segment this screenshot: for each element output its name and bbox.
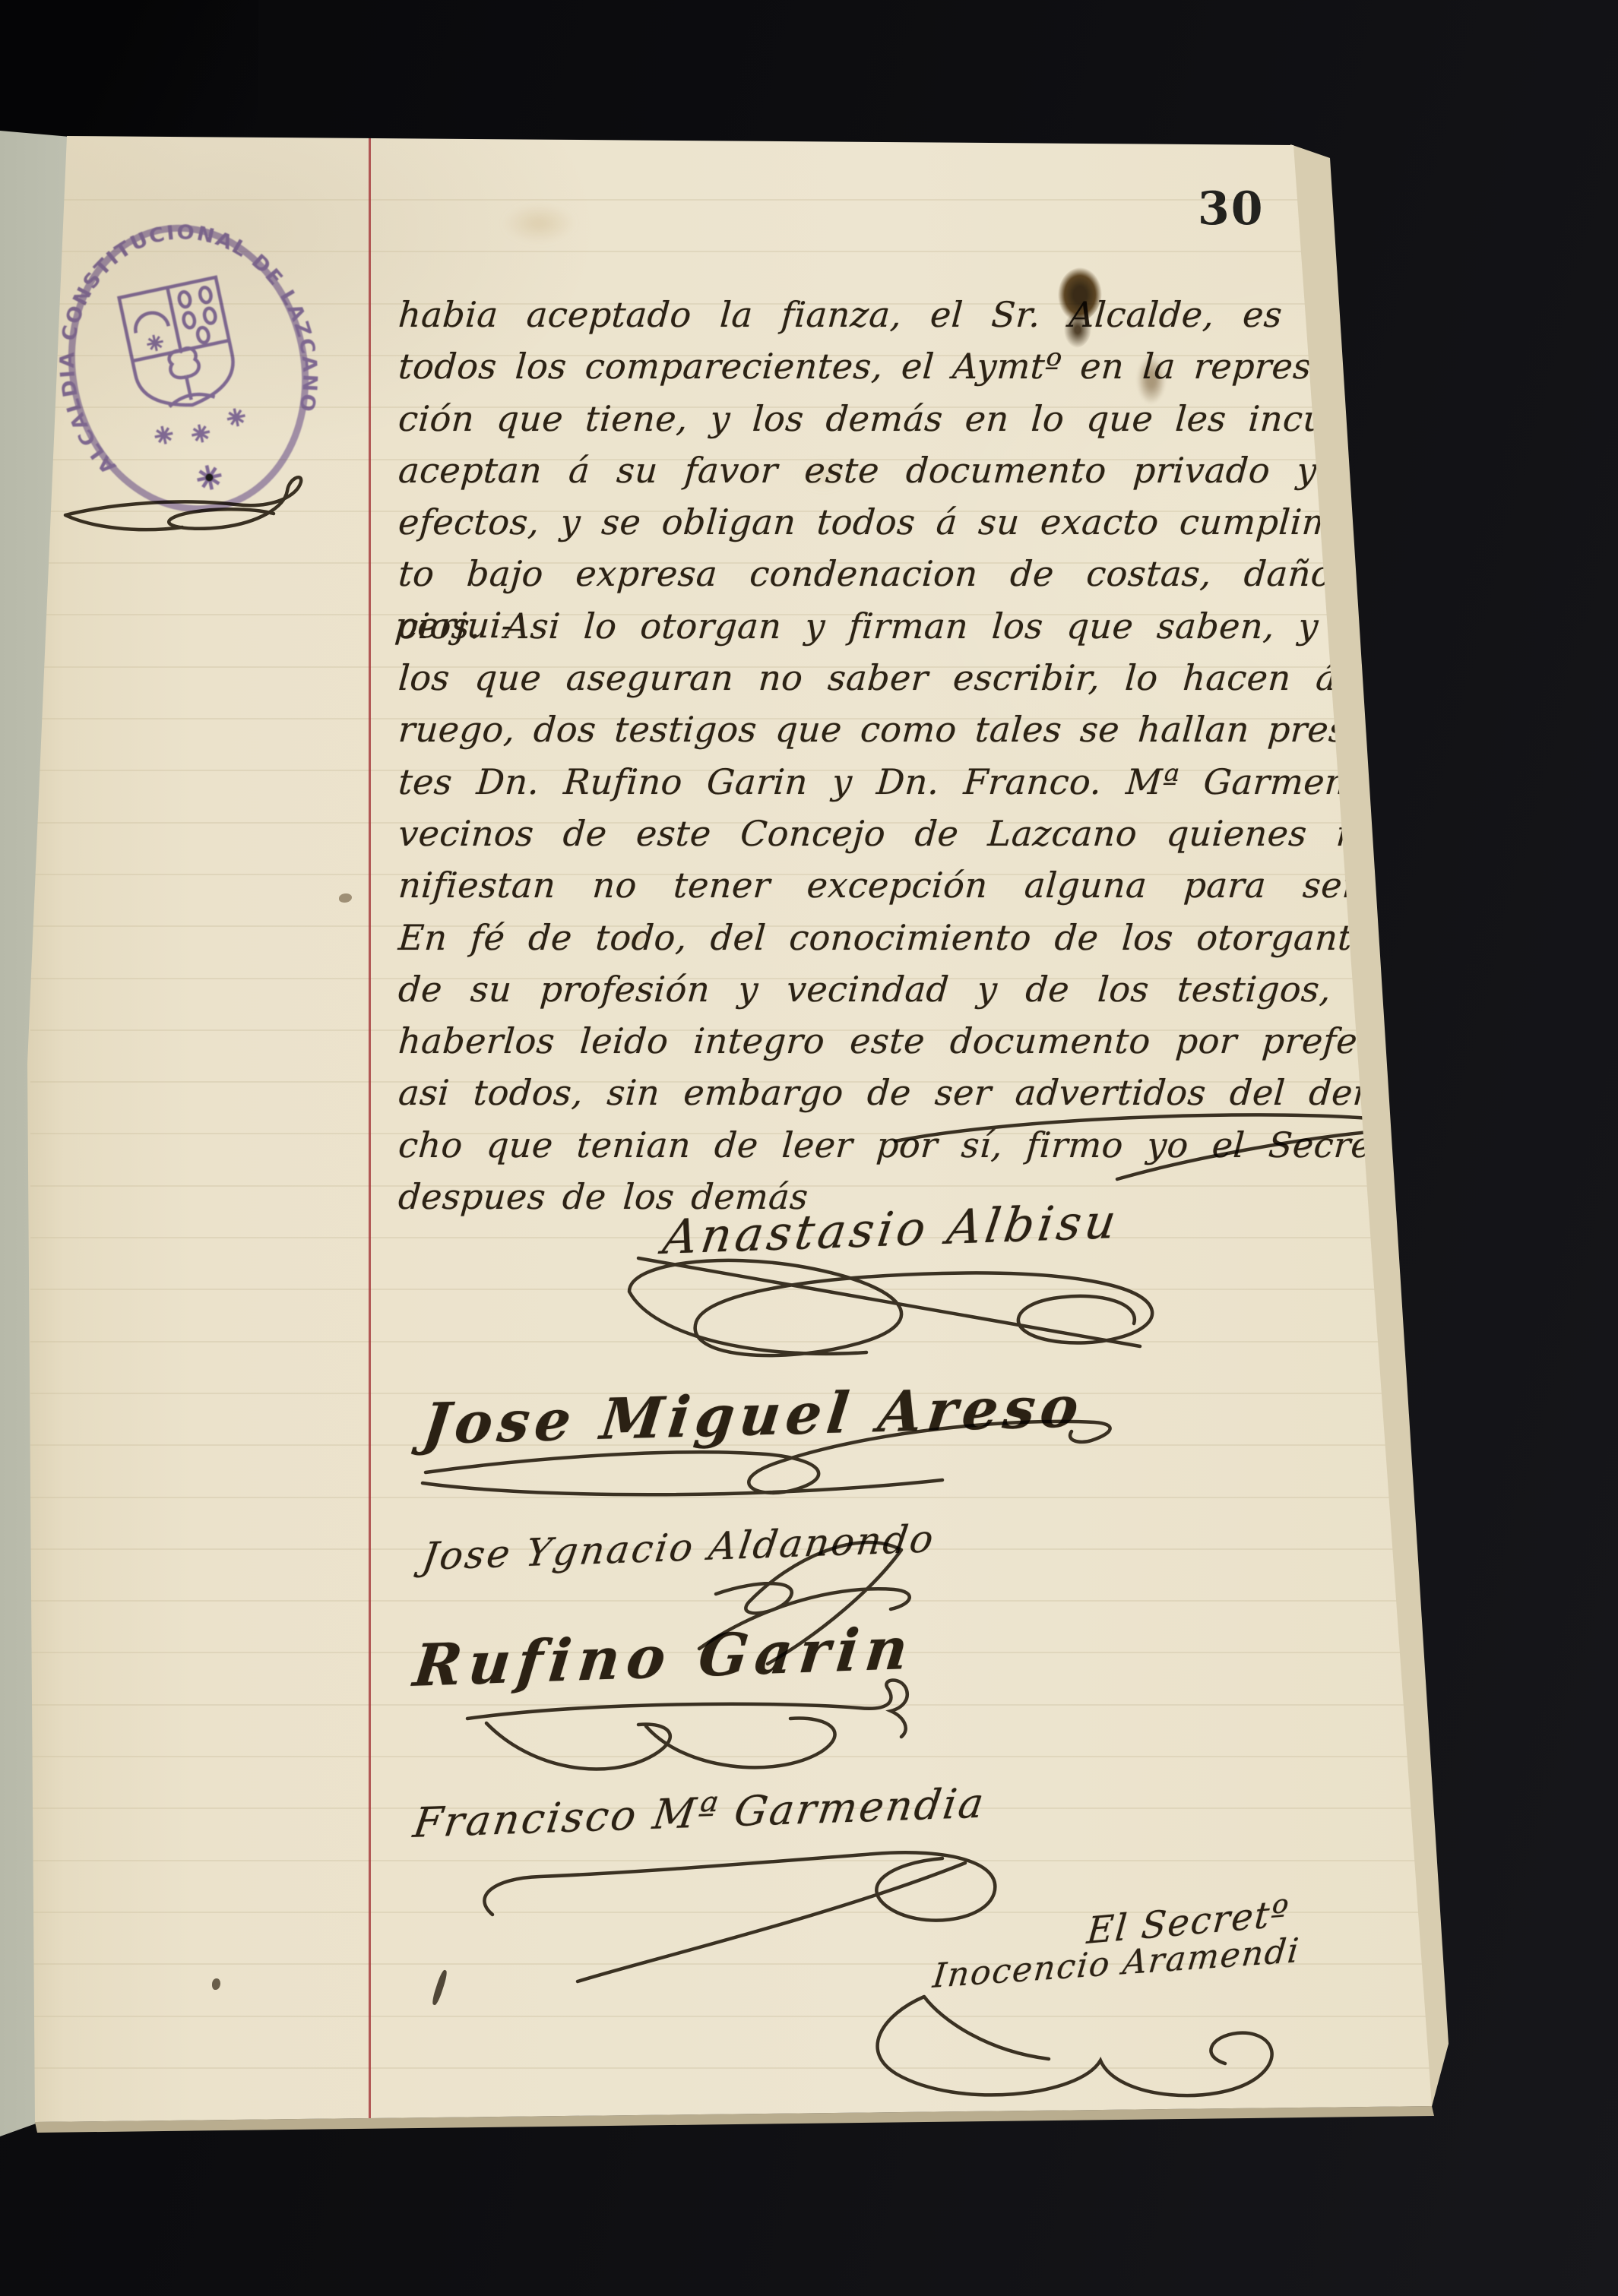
flourish-areso — [423, 1422, 1110, 1494]
flourish-aramendi — [878, 1997, 1272, 2095]
flourish-albisu — [629, 1258, 1152, 1355]
photographed-manuscript: ALCALDIA CONSTITUCIONAL DE LAZCANO — [0, 0, 1618, 2296]
ink-spot — [1389, 1106, 1427, 1150]
flourish-aldanondo — [699, 1542, 910, 1664]
backdrop-fold-shadow — [0, 0, 258, 141]
flourish-albisu-overline — [895, 1115, 1390, 1179]
rubric-under-stamp — [65, 477, 301, 530]
flourish-garin — [467, 1680, 907, 1769]
flourish-garmendia — [484, 1852, 995, 1981]
